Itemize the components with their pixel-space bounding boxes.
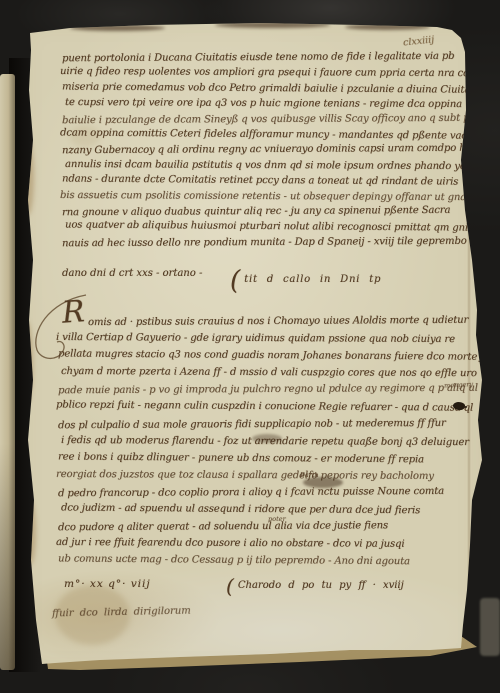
paragraph-mark: ( [226, 574, 234, 598]
page-crease [468, 60, 470, 620]
paragraph-mark: ( [230, 266, 240, 296]
interlinear-note: poter [268, 515, 286, 523]
year-line: m°· xx q°· viij [64, 578, 151, 590]
folio-number: clxxiiij [403, 34, 435, 48]
burn-mark [215, 22, 330, 28]
text-line: dos pl culpalio d sua mole grauoris fidi… [58, 414, 462, 434]
text-line: reorgiat dos juzstos que toz clausa i sp… [56, 466, 462, 485]
fore-edge-leaves [480, 598, 500, 656]
subscription-text: Charodo d po tu py ff · xviij [238, 580, 404, 591]
burn-mark [70, 25, 165, 31]
ink-blot [464, 406, 467, 408]
manuscript-page: clxxiiij puent portolonia i Ducana Ciuit… [0, 0, 500, 693]
chancery-subscription: (Charodo d po tu py ff · xviij [226, 574, 404, 598]
text-block-1: puent portolonia i Ducana Ciuitatis eius… [62, 50, 460, 250]
dating-clause: dano dni d crt xxs - ortano - [62, 268, 202, 279]
text-line: nauis ad hec iusso dello nre pondium mun… [62, 233, 460, 251]
section-heading-text: tit d callo in Dni tp [244, 274, 381, 285]
margin-note: mongery [444, 380, 473, 390]
section-heading: (tit d callo in Dni tp [230, 266, 381, 296]
text-line: te cupsi vero tpi veire ore ipa q3 vos p… [65, 95, 460, 112]
manuscript-photo: clxxiiij puent portolonia i Ducana Ciuit… [0, 0, 500, 693]
ink-smudge [252, 434, 282, 443]
burn-mark [345, 24, 430, 30]
text-line: pblico repzi fuit - negann culin cuspzdi… [56, 397, 462, 417]
registration-note: ffuir dco lirda dirigilorum [52, 606, 191, 620]
adjacent-leaf-edge [0, 74, 15, 670]
ink-smudge [303, 477, 343, 488]
text-line: ub comuns ucte mag - dco Cessaug p ij ti… [58, 551, 462, 571]
